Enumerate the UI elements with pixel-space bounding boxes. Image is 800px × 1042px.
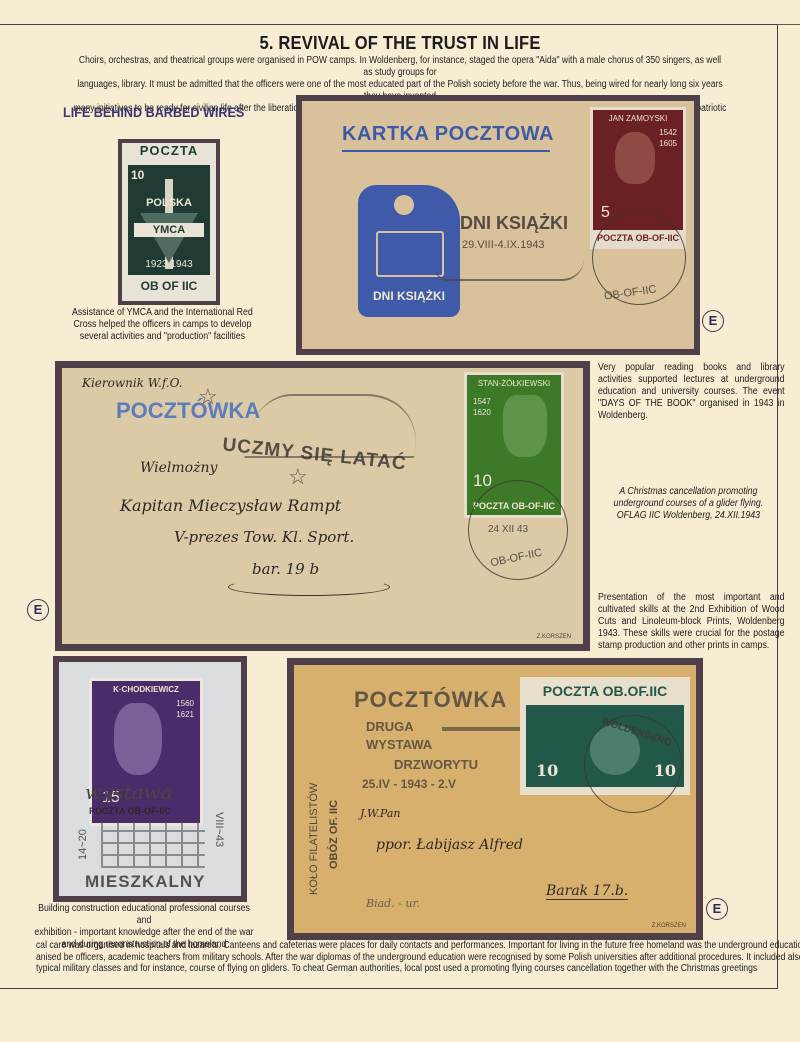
portrait-icon — [503, 395, 547, 457]
books-caption: Very popular reading books and library a… — [598, 362, 785, 422]
stamp-value: 5 — [601, 204, 610, 222]
bottom-line: cal care was organised in hospitals and … — [36, 940, 724, 952]
postcard-books: KARTKA POCZTOWA DNI KSIĄŻKI DNI KSIĄŻKI … — [302, 101, 694, 349]
address-line: J.W.Pan — [360, 807, 400, 820]
building-piece: K·CHODKIEWICZ 1560 1621 15 POCZTA OB-OF-… — [59, 662, 241, 896]
stamp-year-died: 1620 — [473, 408, 491, 417]
card-header: POCZTÓWKA — [354, 687, 507, 713]
stamp-value-left: 10 — [536, 761, 558, 780]
postcard-header: KARTKA POCZTOWA — [342, 123, 554, 146]
stamp-year-born: 1542 — [659, 128, 677, 137]
address-line: ppor. Łabijasz Alfred — [376, 837, 523, 853]
ymca-caption: Assistance of YMCA and the International… — [70, 307, 255, 343]
side-stamp-line: OBÓZ OF. IIC — [328, 800, 340, 869]
page-title: 5. REVIVAL OF THE TRUST IN LIFE — [32, 33, 768, 54]
caption-line: A Christmas cancellation promoting — [596, 486, 781, 498]
bottom-line: typical military classes and for instanc… — [36, 963, 724, 975]
cancel-line: DRUGA — [366, 719, 414, 734]
glider-cover: Kierownik W.f.O. POCZTÓWKA ☆ ☆ UCZMY SIĘ… — [62, 368, 583, 644]
stamp-year-died: 1621 — [176, 710, 194, 719]
building-piece-mount: K·CHODKIEWICZ 1560 1621 15 POCZTA OB-OF-… — [53, 656, 247, 902]
bottom-line: anised be officers, academic teachers fr… — [36, 952, 724, 964]
side-stamp-line: KOŁO FILATELISTÓW — [308, 783, 320, 895]
emblem-text: DNI KSIĄŻKI — [358, 289, 460, 303]
caption-line: OFLAG IIC Woldenberg, 24.XII.1943 — [596, 510, 781, 522]
cancel-bottom-text: MIESZKALNY — [85, 872, 206, 892]
woodcut-card: POCZTÓWKA DRUGA WYSTAWA DRZWORYTU 25.IV … — [294, 665, 696, 933]
expertise-mark: E — [702, 310, 724, 332]
stamp-year-born: 1560 — [176, 699, 194, 708]
reader-figure-icon — [394, 195, 414, 215]
address-line: Wielmożny — [140, 460, 217, 476]
address-line: Kapitan Mieczysław Rampt — [120, 496, 341, 515]
stamp-text-ymca: YMCA — [134, 223, 204, 237]
ymca-stamp-design: 10 POLSKA YMCA 1923 1943 — [128, 165, 210, 275]
star-icon: ☆ — [288, 464, 308, 490]
cancel-date-start: 14~20 — [77, 829, 89, 860]
cancel-title: DNI KSIĄŻKI — [460, 213, 568, 234]
address-line: Barak 17.b. — [546, 883, 628, 900]
stamp-bottom-text: POCZTA OB-OF-IIC — [89, 806, 171, 816]
portrait-icon — [114, 703, 162, 775]
triangle-emblem — [140, 213, 198, 263]
christmas-caption: A Christmas cancellation promoting under… — [596, 486, 781, 522]
stamp-text-bottom: OB OF IIC — [122, 279, 216, 293]
section-subtitle: LIFE BEHIND BARBED WIRES — [63, 104, 244, 120]
expertise-mark: E — [27, 599, 49, 621]
cancel-line: WYSTAWA — [366, 737, 432, 752]
woodcuts-caption: Presentation of the most important and c… — [598, 592, 785, 652]
cover-header: POCZTÓWKA — [116, 398, 260, 424]
glider-cover-mount: Kierownik W.f.O. POCZTÓWKA ☆ ☆ UCZMY SIĘ… — [55, 361, 590, 651]
caption-line: underground courses of a glider flying. — [596, 498, 781, 510]
stamp-text-polska: POLSKA — [132, 197, 206, 209]
address-line: bar. 19 b — [252, 560, 319, 578]
book-reader-emblem: DNI KSIĄŻKI — [358, 185, 460, 317]
ymca-stamp-mount: POCZTA 10 POLSKA YMCA 1923 1943 OB OF II… — [118, 139, 220, 305]
stamp-name: STAN-ŻÓŁKIEWSKI — [467, 379, 561, 388]
cancel-ribbon — [434, 259, 584, 281]
header-underline — [342, 150, 550, 152]
sender-line: Kierownik W.f.O. — [82, 376, 183, 390]
stamp-name: JAN ZAMOYSKI — [593, 114, 683, 123]
pencil-note: Biad. - ur. — [366, 897, 420, 910]
cancel-date-end: VIII~43 — [213, 812, 225, 847]
stamp-name: K·CHODKIEWICZ — [92, 685, 200, 694]
caption-line: Cross helped the officers in camps to de… — [70, 319, 255, 331]
designer-signature: Z.KORSZEN — [537, 634, 571, 640]
stamp-text-poczta: POCZTA — [122, 143, 216, 158]
cancel-word: wystawa — [85, 780, 173, 804]
portrait-icon — [615, 132, 655, 184]
stamp-year-born: 1547 — [473, 397, 491, 406]
postmark-date: 24 XII 43 — [488, 524, 528, 535]
caption-line: exhibition - important knowledge after t… — [34, 927, 254, 939]
stamp-year-died: 1605 — [659, 139, 677, 148]
bottom-text: cal care was organised in hospitals and … — [36, 940, 724, 975]
stamp-years: 1923 1943 — [130, 259, 208, 270]
intro-line: Choirs, orchestras, and theatrical group… — [73, 55, 727, 79]
cancel-bar — [442, 727, 524, 731]
ymca-stamp: POCZTA 10 POLSKA YMCA 1923 1943 OB OF II… — [122, 143, 216, 301]
star-icon: ☆ — [198, 384, 218, 410]
brick-wall-cancel — [101, 822, 205, 868]
postcard-books-mount: KARTKA POCZTOWA DNI KSIĄŻKI DNI KSIĄŻKI … — [296, 95, 700, 355]
address-line: V-prezes Tow. Kl. Sport. — [174, 528, 354, 546]
cancel-date: 29.VIII-4.IX.1943 — [462, 239, 545, 251]
woodcut-card-mount: POCZTÓWKA DRUGA WYSTAWA DRZWORYTU 25.IV … — [287, 658, 703, 940]
caption-line: Building construction educational profes… — [34, 903, 254, 927]
caption-line: Assistance of YMCA and the International… — [70, 307, 255, 319]
expertise-mark: E — [706, 898, 728, 920]
caption-line: several activities and "production" faci… — [70, 331, 255, 343]
cancel-line: DRZWORYTU — [394, 757, 478, 772]
cancel-line: 25.IV - 1943 - 2.V — [362, 777, 456, 791]
designer-signature: Z.KORSZEN — [652, 923, 686, 929]
stamp-top-text: POCZTA OB.OF.IIC — [524, 683, 686, 699]
underline-swoosh — [228, 578, 390, 596]
stamp-value: 10 — [131, 168, 144, 182]
